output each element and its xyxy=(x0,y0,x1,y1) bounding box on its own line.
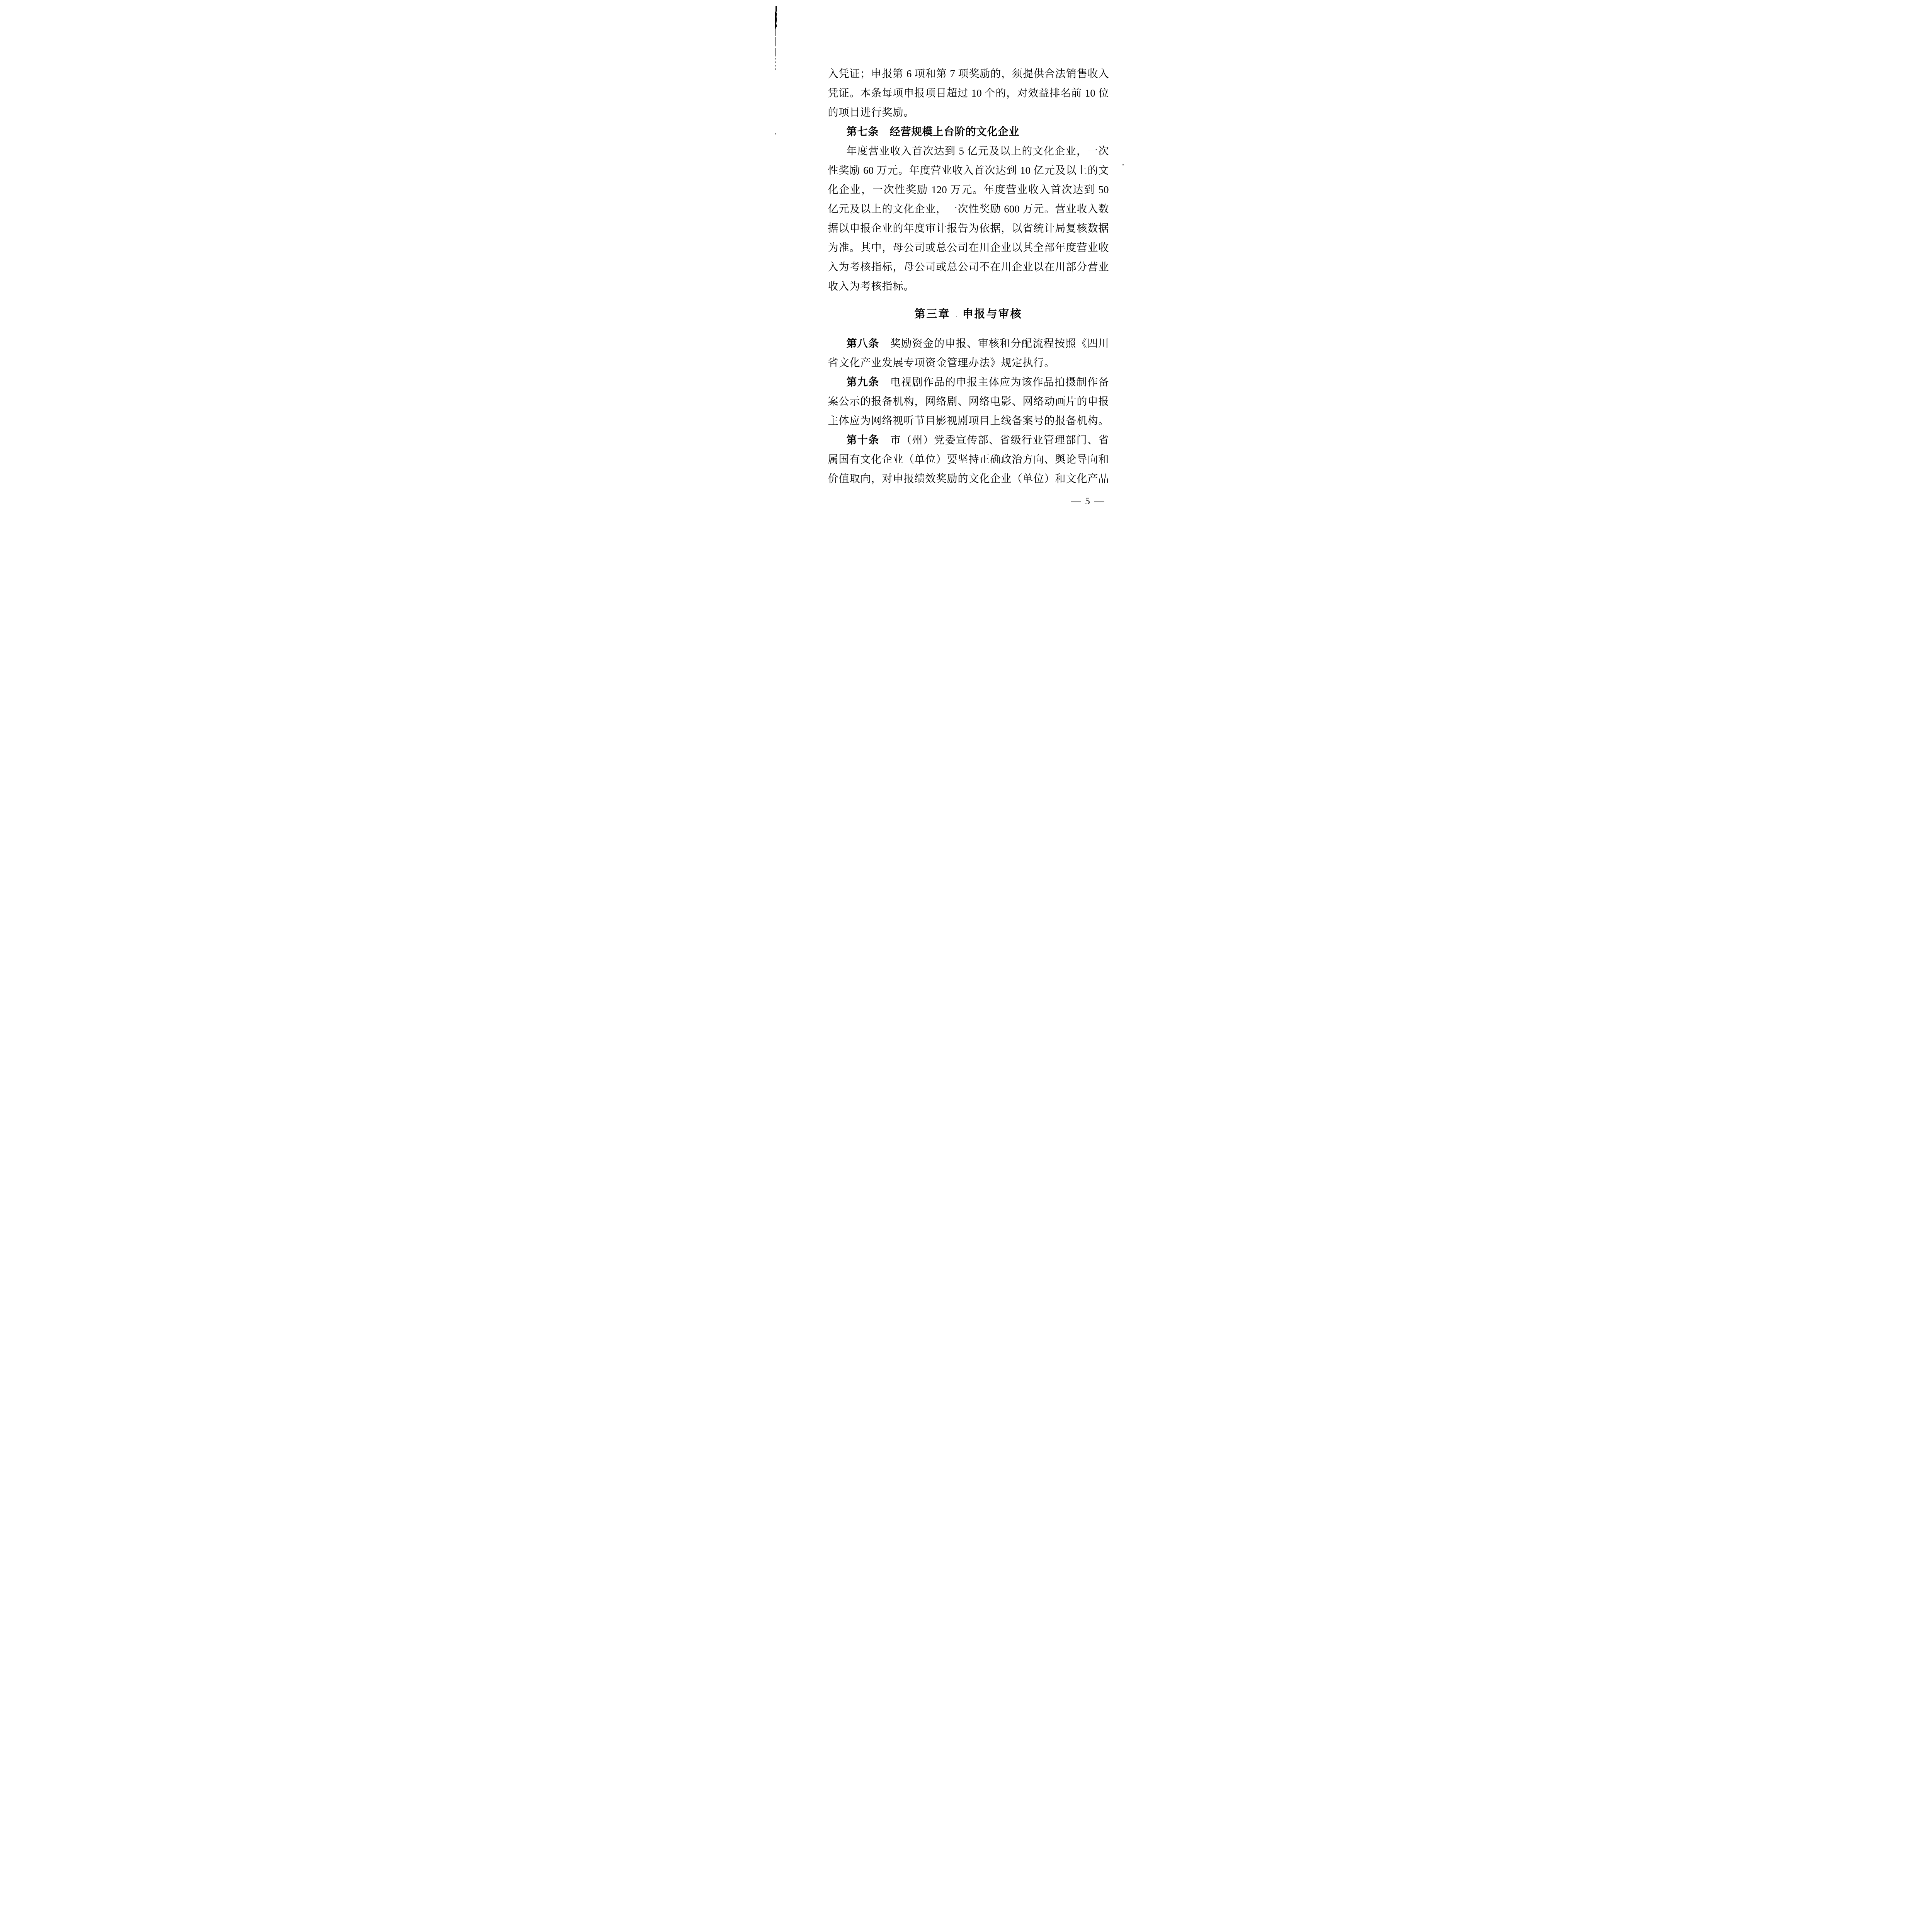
text-line: 第八条 奖励资金的申报、审核和分配流程按照《四川 xyxy=(828,334,1109,353)
text-line: 凭证。本条每项申报项目超过 10 个的，对效益排名前 10 位 xyxy=(828,83,1109,103)
page-number: — 5 — xyxy=(828,492,1109,511)
clause-label: 第八条 xyxy=(847,338,879,349)
text-line: 入为考核指标，母公司或总公司不在川企业以在川部分营业 xyxy=(828,257,1109,277)
paragraph: 年度营业收入首次达到 5 亿元及以上的文化企业，一次性奖励 60 万元。年度营业… xyxy=(828,141,1109,296)
chapter-heading: 第三章 申报与审核 xyxy=(828,304,1109,324)
text-line: 第七条 经营规模上台阶的文化企业 xyxy=(828,122,1109,141)
text-line: 省文化产业发展专项资金管理办法》规定执行。 xyxy=(828,353,1109,372)
scan-artifact-speck xyxy=(775,133,776,134)
scan-artifact-streak xyxy=(776,6,777,12)
scan-artifact-streak xyxy=(775,12,777,29)
paragraph: 第九条 电视剧作品的申报主体应为该作品拍摄制作备案公示的报备机构，网络剧、网络电… xyxy=(828,372,1109,430)
text-line: 的项目进行奖励。 xyxy=(828,103,1109,122)
text-line: 性奖励 60 万元。年度营业收入首次达到 10 亿元及以上的文 xyxy=(828,161,1109,180)
paragraph: 入凭证；申报第 6 项和第 7 项奖励的，须提供合法销售收入凭证。本条每项申报项… xyxy=(828,64,1109,122)
scan-artifact-streak xyxy=(776,58,776,72)
text-line: 为准。其中，母公司或总公司在川企业以其全部年度营业收 xyxy=(828,238,1109,257)
text-line: 主体应为网络视听节目影视剧项目上线备案号的报备机构。 xyxy=(828,411,1109,430)
clause-label: 第十条 xyxy=(847,434,879,446)
text-line: 收入为考核指标。 xyxy=(828,277,1109,296)
paragraph: 第七条 经营规模上台阶的文化企业 xyxy=(828,122,1109,141)
clause-text: 电视剧作品的申报主体应为该作品拍摄制作备 xyxy=(879,376,1109,388)
paragraph: 第十条 市（州）党委宣传部、省级行业管理部门、省属国有文化企业（单位）要坚持正确… xyxy=(828,430,1109,488)
text-line: 价值取向，对申报绩效奖励的文化企业（单位）和文化产品 xyxy=(828,469,1109,488)
clause-label: 第九条 xyxy=(847,376,879,388)
scan-artifact-speck xyxy=(1122,164,1124,165)
document-body: 入凭证；申报第 6 项和第 7 项奖励的，须提供合法销售收入凭证。本条每项申报项… xyxy=(828,64,1109,488)
text-line: 亿元及以上的文化企业，一次性奖励 600 万元。营业收入数 xyxy=(828,199,1109,219)
text-block: 入凭证；申报第 6 项和第 7 项奖励的，须提供合法销售收入凭证。本条每项申报项… xyxy=(828,64,1109,511)
clause-text: 市（州）党委宣传部、省级行业管理部门、省 xyxy=(879,434,1109,446)
text-line: 化企业，一次性奖励 120 万元。年度营业收入首次达到 50 xyxy=(828,180,1109,199)
text-line: 年度营业收入首次达到 5 亿元及以上的文化企业，一次 xyxy=(828,141,1109,161)
text-line: 属国有文化企业（单位）要坚持正确政治方向、舆论导向和 xyxy=(828,450,1109,469)
text-line: 第十条 市（州）党委宣传部、省级行业管理部门、省 xyxy=(828,430,1109,450)
scan-artifact-streak xyxy=(776,48,776,56)
text-line: 据以申报企业的年度审计报告为依据，以省统计局复核数据 xyxy=(828,219,1109,238)
scan-artifact-streak xyxy=(776,37,776,46)
paragraph: 第八条 奖励资金的申报、审核和分配流程按照《四川省文化产业发展专项资金管理办法》… xyxy=(828,334,1109,372)
scan-artifact-streak xyxy=(776,29,776,36)
text-line: 入凭证；申报第 6 项和第 7 项奖励的，须提供合法销售收入 xyxy=(828,64,1109,83)
text-line: 案公示的报备机构，网络剧、网络电影、网络动画片的申报 xyxy=(828,392,1109,411)
document-page: 入凭证；申报第 6 项和第 7 项奖励的，须提供合法销售收入凭证。本条每项申报项… xyxy=(772,0,1160,547)
text-line: 第九条 电视剧作品的申报主体应为该作品拍摄制作备 xyxy=(828,372,1109,392)
clause-text: 奖励资金的申报、审核和分配流程按照《四川 xyxy=(879,338,1109,349)
